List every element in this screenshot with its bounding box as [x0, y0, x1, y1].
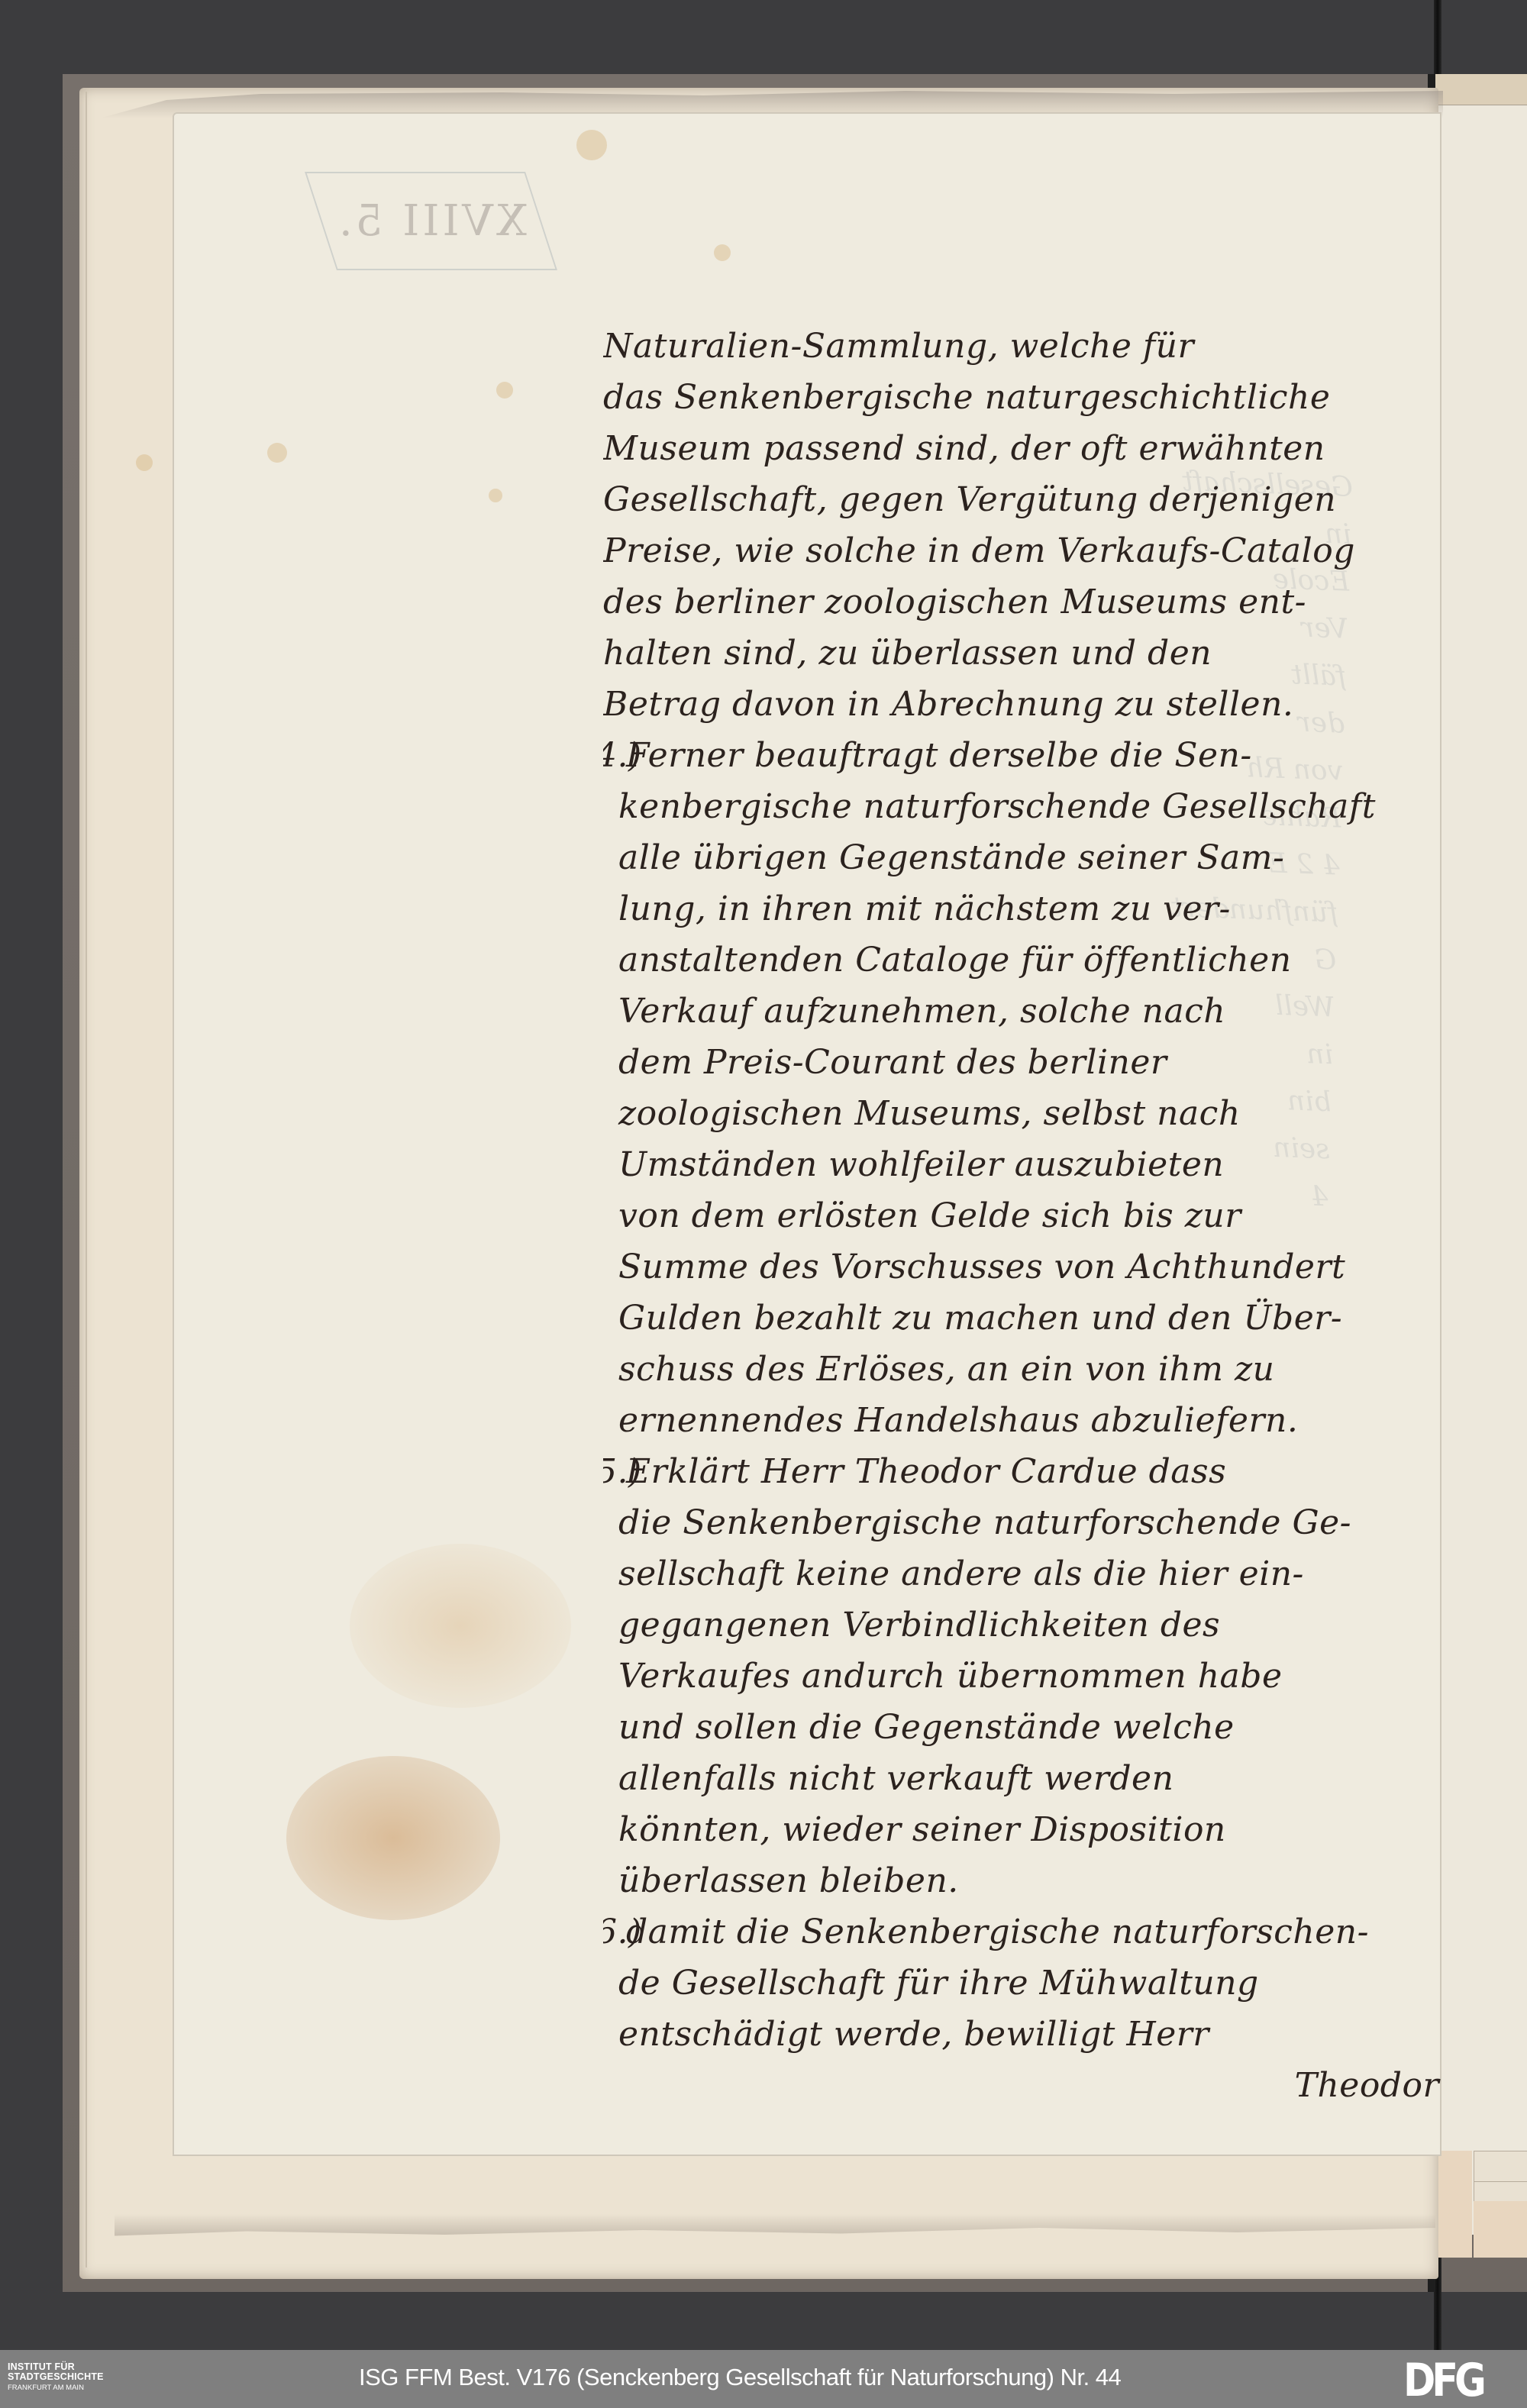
manuscript-line: Museum passend sind, der oft erwähnten: [603, 423, 1462, 474]
foxing-spot: [714, 244, 731, 261]
manuscript-line: das Senkenbergische naturgeschichtliche: [603, 372, 1462, 423]
foxing-spot: [267, 443, 287, 463]
binding-tab: [1474, 2201, 1527, 2258]
paragraph-number: 4.): [603, 730, 642, 781]
manuscript-line: Gesellschaft, gegen Vergütung derjenigen: [603, 474, 1462, 525]
manuscript-line: zoologischen Museums, selbst nach: [603, 1088, 1462, 1139]
manuscript-line: sellschaft keine andere als die hier ein…: [603, 1548, 1462, 1599]
foxing-spot: [576, 130, 607, 160]
manuscript-line: kenbergische naturforschende Gesellschaf…: [603, 781, 1462, 832]
manuscript-line-numbered: 5.)Erklärt Herr Theodor Cardue dass: [603, 1446, 1462, 1497]
manuscript-line: halten sind, zu überlassen und den: [603, 628, 1462, 679]
manuscript-line: schuss des Erlöses, an ein von ihm zu: [603, 1344, 1462, 1395]
manuscript-line: Verkauf aufzunehmen, solche nach: [603, 986, 1462, 1037]
catchword: Theodor: [603, 2060, 1462, 2111]
foxing-spot: [496, 382, 513, 399]
water-stain: [350, 1544, 571, 1708]
manuscript-line: und sollen die Gegenstände welche: [603, 1702, 1462, 1753]
manuscript-line: Betrag davon in Abrechnung zu stellen.: [603, 679, 1462, 730]
paragraph-number: 6.): [603, 1906, 642, 1958]
archive-stamp-text: XVIII 5.: [336, 196, 527, 246]
document-caption: ISG FFM Best. V176 (Senckenberg Gesellsc…: [359, 2364, 1121, 2391]
paragraph-number: 5.): [603, 1446, 642, 1497]
manuscript-line: ernennendes Handelshaus abzuliefern.: [603, 1395, 1462, 1446]
leaf-edge: [86, 92, 87, 2268]
manuscript-line: Verkaufes andurch übernommen habe: [603, 1651, 1462, 1702]
manuscript-line: alle übrigen Gegenstände seiner Sam-: [603, 832, 1462, 883]
manuscript-line: von dem erlösten Gelde sich bis zur: [603, 1190, 1462, 1241]
binding-tab: [1434, 2151, 1472, 2258]
manuscript-line-numbered: 6.)damit die Senkenbergische naturforsch…: [603, 1906, 1462, 1958]
manuscript-line: lung, in ihren mit nächstem zu ver-: [603, 883, 1462, 934]
dfg-logo: DFG: [1403, 2358, 1483, 2403]
manuscript-line: Naturalien-Sammlung, welche für: [603, 321, 1462, 372]
adjacent-page-top-tab: [1435, 74, 1527, 105]
manuscript-line: de Gesellschaft für ihre Mühwaltung: [603, 1958, 1462, 2009]
manuscript-line: anstaltenden Cataloge für öffentlichen: [603, 934, 1462, 986]
manuscript-line: entschädigt werde, bewilligt Herr: [603, 2009, 1462, 2060]
manuscript-line: überlassen bleiben.: [603, 1855, 1462, 1906]
binding-tab: [1474, 2181, 1527, 2203]
manuscript-line: Gulden bezahlt zu machen und den Über-: [603, 1293, 1462, 1344]
institut-fuer-stadtgeschichte-logo: INSTITUT FÜR STADTGESCHICHTE FRANKFURT A…: [8, 2362, 137, 2393]
manuscript-line: allenfalls nicht verkauft werden: [603, 1753, 1462, 1804]
manuscript-text: Naturalien-Sammlung, welche für das Senk…: [603, 321, 1462, 2111]
manuscript-line: Summe des Vorschusses von Achthundert: [603, 1241, 1462, 1293]
manuscript-line: gegangenen Verbindlichkeiten des: [603, 1599, 1462, 1651]
manuscript-line: des berliner zoologischen Museums ent-: [603, 576, 1462, 628]
manuscript-line-numbered: 4.)Ferner beauftragt derselbe die Sen-: [603, 730, 1462, 781]
binding-tab: [1474, 2151, 1527, 2183]
manuscript-line: Umständen wohlfeiler auszubieten: [603, 1139, 1462, 1190]
foxing-spot: [136, 454, 153, 471]
manuscript-line: die Senkenbergische naturforschende Ge-: [603, 1497, 1462, 1548]
manuscript-line: könnten, wieder seiner Disposition: [603, 1804, 1462, 1855]
manuscript-line: dem Preis-Courant des berliner: [603, 1037, 1462, 1088]
manuscript-line: Preise, wie solche in dem Verkaufs-Catal…: [603, 525, 1462, 576]
viewer-footer: INSTITUT FÜR STADTGESCHICHTE FRANKFURT A…: [0, 2350, 1527, 2408]
foxing-spot: [489, 489, 502, 502]
archive-stamp: XVIII 5.: [305, 172, 557, 270]
water-stain: [286, 1756, 500, 1920]
